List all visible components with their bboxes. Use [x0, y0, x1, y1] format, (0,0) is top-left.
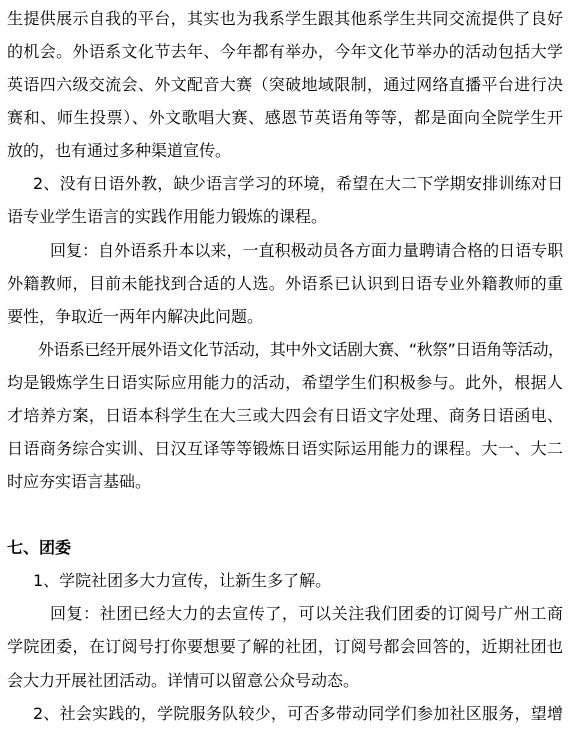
- text-line: 回复：自外语系升本以来，一直积极动员各方面力量聘请合格的日语专职: [7, 234, 563, 267]
- blank-line: [7, 498, 563, 531]
- document-body: 生提供展示自我的平台，其实也为我系学生跟其他系学生共同交流提供了良好的机会。外语…: [7, 2, 563, 730]
- text-line: 均是锻炼学生日语实际应用能力的活动，希望学生们积极参与。此外，根据人: [7, 366, 563, 399]
- text-line: 生提供展示自我的平台，其实也为我系学生跟其他系学生共同交流提供了良好: [7, 2, 563, 35]
- text-line: 要性，争取近一两年内解决此问题。: [7, 300, 563, 333]
- text-line: 1、学院社团多大力宣传，让新生多了解。: [7, 564, 563, 597]
- text-line: 学院团委，在订阅号打你要想要了解的社团，订阅号都会回答的，近期社团也: [7, 630, 563, 663]
- text-line: 外语系已经开展外语文化节活动，其中外文话剧大赛、“秋祭”日语角等活动，: [7, 333, 563, 366]
- text-line: 会大力开展社团活动。详情可以留意公众号动态。: [7, 664, 563, 697]
- text-line: 2、社会实践的，学院服务队较少，可否多带动同学们参加社区服务，望增: [7, 697, 563, 730]
- text-line: 才培养方案，日语本科学生在大三或大四会有日语文字处理、商务日语函电、: [7, 399, 563, 432]
- text-line: 时应夯实语言基础。: [7, 465, 563, 498]
- text-line: 日语商务综合实训、日汉互译等等锻炼日语实际运用能力的课程。大一、大二: [7, 432, 563, 465]
- text-line: 英语四六级交流会、外文配音大赛（突破地域限制，通过网络直播平台进行决: [7, 68, 563, 101]
- text-line: 语专业学生语言的实践作用能力锻炼的课程。: [7, 200, 563, 233]
- document-page: 生提供展示自我的平台，其实也为我系学生跟其他系学生共同交流提供了良好的机会。外语…: [0, 0, 571, 730]
- section-heading: 七、团委: [7, 531, 563, 564]
- text-line: 放的，也有通过多种渠道宣传。: [7, 134, 563, 167]
- text-line: 外籍教师，目前未能找到合适的人选。外语系已认识到日语专业外籍教师的重: [7, 267, 563, 300]
- text-line: 2、没有日语外教，缺少语言学习的环境，希望在大二下学期安排训练对日: [7, 167, 563, 200]
- text-line: 的机会。外语系文化节去年、今年都有举办，今年文化节举办的活动包括大学: [7, 35, 563, 68]
- text-line: 回复：社团已经大力的去宣传了，可以关注我们团委的订阅号广州工商: [7, 597, 563, 630]
- text-line: 赛和、师生投票）、外文歌唱大赛、感恩节英语角等等，都是面向全院学生开: [7, 101, 563, 134]
